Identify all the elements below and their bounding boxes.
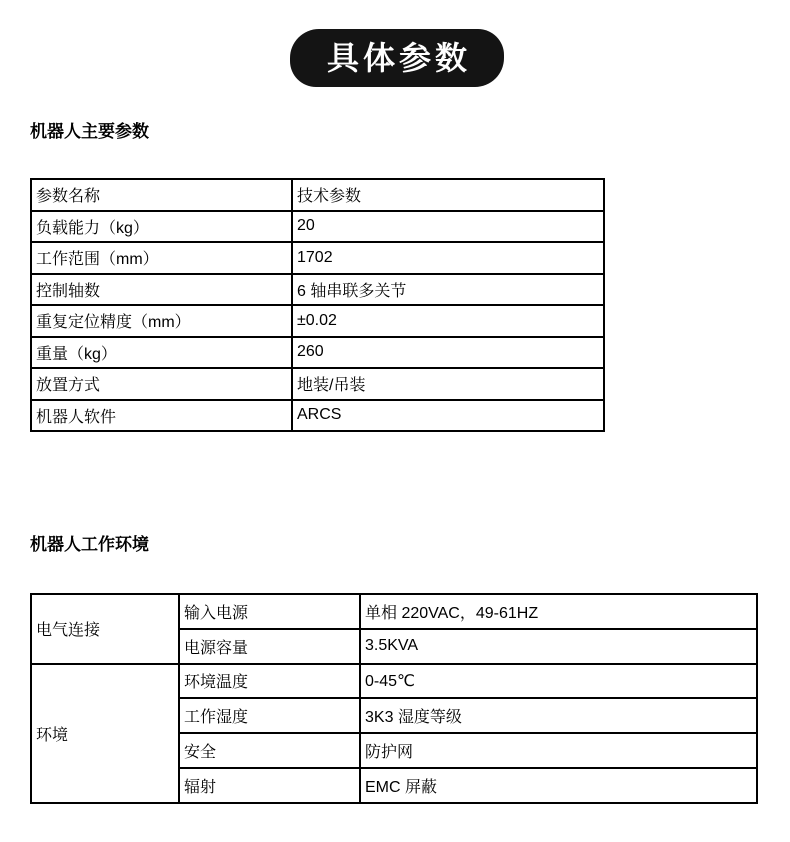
env-label-cell: 安全	[179, 733, 360, 768]
env-value-cell: 单相 220VAC，49-61HZ	[360, 594, 757, 629]
table-row: 控制轴数 6 轴串联多关节	[31, 274, 604, 306]
main-parameters-heading: 机器人主要参数	[30, 121, 149, 143]
param-name-cell: 控制轴数	[31, 274, 292, 306]
env-value-cell: 3K3 湿度等级	[360, 698, 757, 733]
env-value-cell: 3.5KVA	[360, 629, 757, 664]
column-header-param-name: 参数名称	[31, 179, 292, 211]
table-row: 负载能力（kg） 20	[31, 211, 604, 243]
working-environment-heading: 机器人工作环境	[30, 534, 149, 556]
param-value-cell: 20	[292, 211, 604, 243]
table-row: 机器人软件 ARCS	[31, 400, 604, 432]
table-row: 工作范围（mm） 1702	[31, 242, 604, 274]
section-title-badge: 具体参数	[290, 29, 504, 87]
param-name-cell: 负载能力（kg）	[31, 211, 292, 243]
param-name-cell: 重量（kg）	[31, 337, 292, 369]
table-row: 重复定位精度（mm） ±0.02	[31, 305, 604, 337]
param-value-cell: 1702	[292, 242, 604, 274]
env-label-cell: 输入电源	[179, 594, 360, 629]
table-row: 电气连接 输入电源 单相 220VAC，49-61HZ	[31, 594, 757, 629]
env-label-cell: 辐射	[179, 768, 360, 803]
main-parameters-table: 参数名称 技术参数 负载能力（kg） 20 工作范围（mm） 1702 控制轴数…	[30, 178, 605, 432]
param-name-cell: 重复定位精度（mm）	[31, 305, 292, 337]
env-value-cell: 防护网	[360, 733, 757, 768]
badge-label: 具体参数	[323, 42, 471, 74]
param-name-cell: 机器人软件	[31, 400, 292, 432]
spec-sheet-page: 具体参数 机器人主要参数 参数名称 技术参数 负载能力（kg） 20 工作范围（…	[0, 0, 790, 842]
param-value-cell: 地装/吊装	[292, 368, 604, 400]
env-label-cell: 电源容量	[179, 629, 360, 664]
param-name-cell: 放置方式	[31, 368, 292, 400]
env-value-cell: 0-45℃	[360, 664, 757, 699]
table-row: 环境 环境温度 0-45℃	[31, 664, 757, 699]
column-header-tech-param: 技术参数	[292, 179, 604, 211]
category-cell-environment: 环境	[31, 664, 179, 803]
param-value-cell: 6 轴串联多关节	[292, 274, 604, 306]
param-value-cell: 260	[292, 337, 604, 369]
table-row: 重量（kg） 260	[31, 337, 604, 369]
working-environment-table: 电气连接 输入电源 单相 220VAC，49-61HZ 电源容量 3.5KVA …	[30, 593, 758, 804]
env-label-cell: 环境温度	[179, 664, 360, 699]
env-label-cell: 工作湿度	[179, 698, 360, 733]
table-header-row: 参数名称 技术参数	[31, 179, 604, 211]
param-value-cell: ±0.02	[292, 305, 604, 337]
category-cell-electrical: 电气连接	[31, 594, 179, 664]
param-value-cell: ARCS	[292, 400, 604, 432]
env-value-cell: EMC 屏蔽	[360, 768, 757, 803]
param-name-cell: 工作范围（mm）	[31, 242, 292, 274]
table-row: 放置方式 地装/吊装	[31, 368, 604, 400]
